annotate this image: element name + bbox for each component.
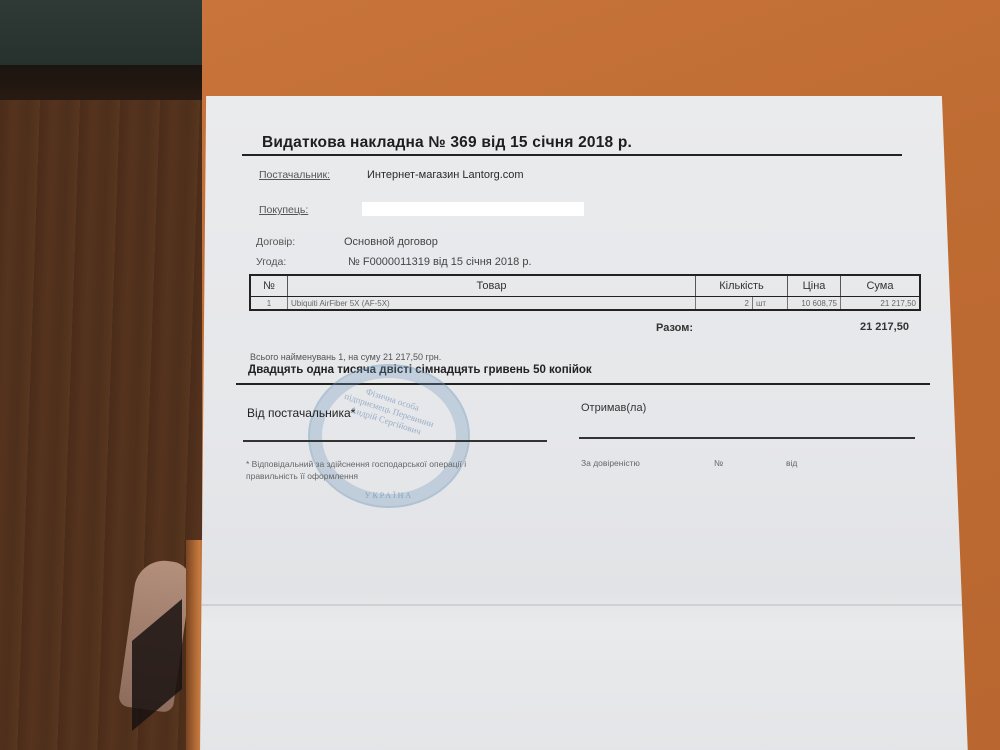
total-value: 21 217,50 [860, 321, 909, 333]
row-sum: 21 217,50 [841, 297, 921, 311]
document-title: Видаткова накладна № 369 від 15 січня 20… [262, 134, 632, 152]
buyer-label: Покупець: [259, 204, 308, 216]
col-item: Товар [288, 275, 696, 297]
title-rule [242, 154, 902, 156]
supplier-signature-line [243, 440, 547, 442]
supplier-value: Интернет-магазин Lantorg.com [367, 169, 524, 181]
row-price: 10 608,75 [788, 297, 841, 311]
col-price: Ціна [788, 275, 841, 297]
invoice-paper: Видаткова накладна № 369 від 15 січня 20… [200, 96, 968, 750]
contract-label: Договір: [256, 236, 295, 248]
footnote: * Відповідальний за здійснення господарс… [246, 458, 506, 482]
row-unit: шт [753, 297, 788, 311]
row-item: Ubiquiti AirFiber 5X (AF-5X) [288, 297, 696, 311]
agreement-label: Угода: [256, 256, 286, 268]
col-sum: Сума [841, 275, 921, 297]
table-row: 1 Ubiquiti AirFiber 5X (AF-5X) 2 шт 10 6… [250, 297, 920, 311]
summary-text: Всього найменувань 1, на суму 21 217,50 … [250, 352, 441, 362]
row-no: 1 [250, 297, 288, 311]
row-qty: 2 [696, 297, 753, 311]
paper-fold [200, 604, 968, 606]
stamp-seal: Фізична особа підприємець Перевинин Андр… [308, 364, 470, 508]
received-label: Отримав(ла) [581, 402, 646, 414]
receiver-signature-line [579, 437, 915, 439]
supplier-label: Постачальник: [259, 169, 330, 181]
col-no: № [250, 275, 288, 297]
background-shadow [0, 65, 205, 105]
contract-value: Основной договор [344, 236, 438, 248]
buyer-redacted [362, 202, 584, 216]
proxy-label: За довіреністю [581, 458, 640, 468]
agreement-value: № F0000011319 від 15 січня 2018 р. [348, 256, 532, 268]
col-qty: Кількість [696, 275, 788, 297]
total-label: Разом: [656, 322, 693, 334]
from-supplier-label: Від постачальника* [247, 406, 355, 420]
proxy-date-label: від [786, 458, 797, 468]
stamp-ring-text: УКРАЇНА [310, 491, 468, 500]
items-table: № Товар Кількість Ціна Сума 1 Ubiquiti A… [249, 274, 921, 311]
proxy-number-label: № [714, 458, 723, 468]
background-wall [0, 0, 205, 70]
